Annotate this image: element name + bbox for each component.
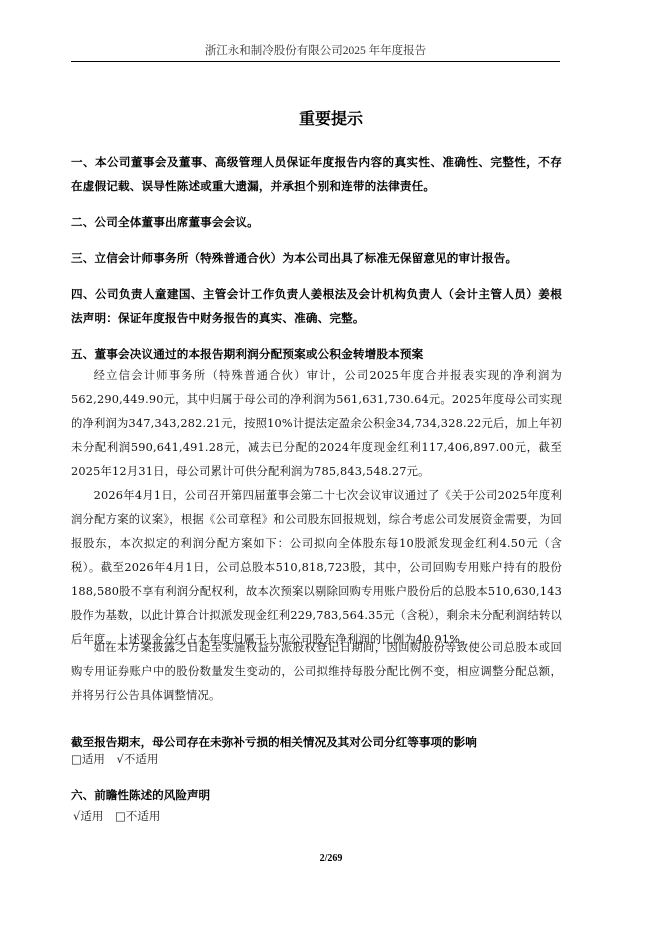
loss-section-heading: 截至报告期末，母公司存在未弥补亏损的相关情况及其对公司分红等事项的影响 <box>71 734 562 750</box>
profit-paragraph-adjustment: 如在本方案披露之日起至实施权益分派股权登记日期间，因回购股份等致使公司总股本或回… <box>71 636 562 708</box>
header-divider <box>71 61 560 62</box>
option-not-applicable-checked: √不适用 <box>117 752 159 766</box>
loss-section-options: □适用 √不适用 <box>71 751 562 767</box>
running-header: 浙江永和制冷股份有限公司2025 年年度报告 <box>71 44 560 58</box>
option-not-applicable-unchecked: □不适用 <box>115 809 160 823</box>
notice-item-one: 一、本公司董事会及董事、高级管理人员保证年度报告内容的真实性、准确性、完整性，不… <box>71 150 562 198</box>
notice-item-four: 四、公司负责人童建国、主管会计工作负责人姜根法及会计机构负责人（会计主管人员）姜… <box>71 282 562 330</box>
page-number: 2/269 <box>0 853 662 864</box>
option-applicable-unchecked: □适用 <box>71 752 105 766</box>
profit-paragraph-audit: 经立信会计师事务所（特殊普通合伙）审计，公司2025年度合并报表实现的净利润为5… <box>71 364 562 484</box>
profit-paragraph-distribution-plan: 2026年4月1日，公司召开第四届董事会第二十七次会议审议通过了《关于公司202… <box>71 484 562 652</box>
page-title: 重要提示 <box>0 108 662 130</box>
section-six-options: √适用 □不适用 <box>73 808 564 824</box>
notice-item-two: 二、公司全体董事出席董事会会议。 <box>71 210 562 234</box>
notice-item-three: 三、立信会计师事务所（特殊普通合伙）为本公司出具了标准无保留意见的审计报告。 <box>71 246 562 270</box>
notice-item-five-heading: 五、董事会决议通过的本报告期利润分配预案或公积金转增股本预案 <box>71 342 562 366</box>
section-six-heading: 六、前瞻性陈述的风险声明 <box>71 787 562 803</box>
option-applicable-checked: √适用 <box>73 809 103 823</box>
